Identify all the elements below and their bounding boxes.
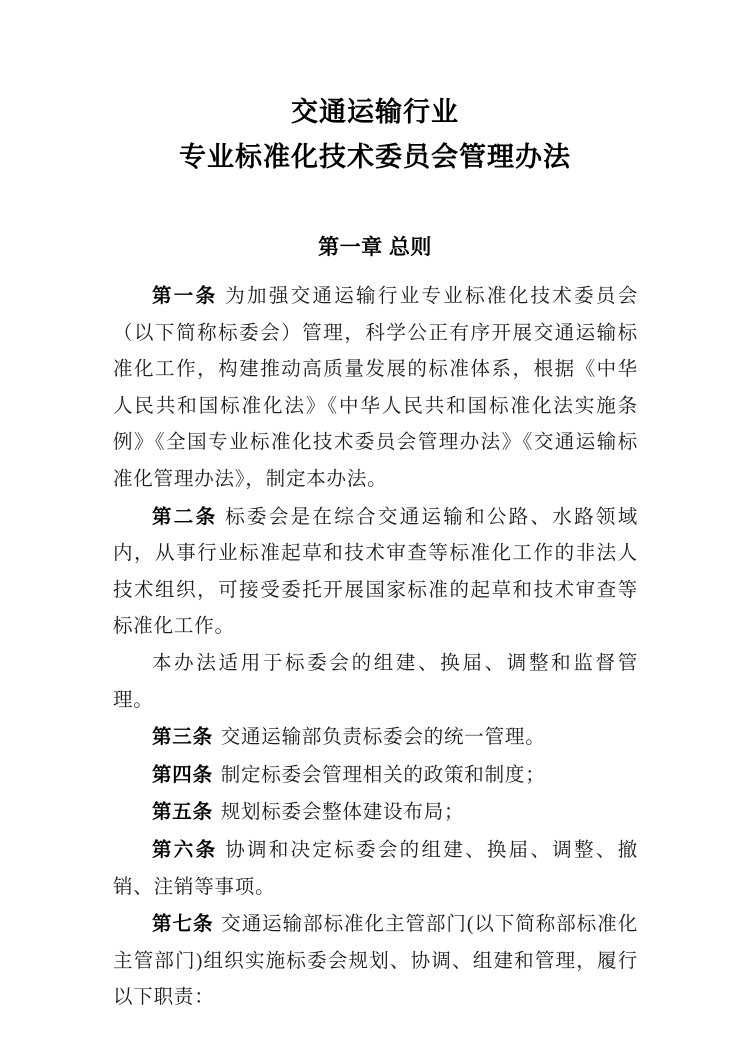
paragraph: 第四条制定标委会管理相关的政策和制度； [113, 757, 638, 795]
paragraph-text: 制定标委会管理相关的政策和制度； [221, 765, 546, 786]
paragraph: 本办法适用于标委会的组建、换届、调整和监督管理。 [113, 646, 638, 719]
document-page: 交通运输行业 专业标准化技术委员会管理办法 第一章 总则 第一条为加强交通运输行… [0, 0, 750, 1060]
article-label: 第四条 [152, 764, 213, 786]
paragraph: 第二条标委会是在综合交通运输和公路、水路领域内，从事行业标准起草和技术审查等标准… [113, 499, 638, 646]
document-title: 交通运输行业 专业标准化技术委员会管理办法 [0, 90, 750, 180]
article-label: 第六条 [152, 839, 217, 861]
article-label: 第二条 [152, 506, 217, 528]
paragraph: 第一条为加强交通运输行业专业标准化技术委员会（以下简称标委会）管理，科学公正有序… [113, 278, 638, 499]
article-label: 第七条 [152, 913, 213, 935]
paragraph-text: 交通运输部负责标委会的统一管理。 [221, 727, 546, 748]
paragraph: 第五条规划标委会整体建设布局； [113, 794, 638, 832]
article-label: 第三条 [152, 726, 213, 748]
paragraph-text: 本办法适用于标委会的组建、换届、调整和监督管理。 [113, 653, 638, 711]
article-label: 第一条 [152, 285, 217, 307]
chapter-heading: 第一章 总则 [0, 235, 750, 261]
article-label: 第五条 [152, 801, 213, 823]
document-title-line2: 专业标准化技术委员会管理办法 [0, 135, 750, 180]
document-title-line1: 交通运输行业 [0, 90, 750, 135]
paragraph-text: 规划标委会整体建设布局； [221, 802, 465, 823]
paragraph: 第七条交通运输部标准化主管部门(以下简称部标准化主管部门)组织实施标委会规划、协… [113, 906, 638, 1017]
paragraph-text: 为加强交通运输行业专业标准化技术委员会（以下简称标委会）管理，科学公正有序开展交… [113, 286, 638, 490]
document-body: 第一条为加强交通运输行业专业标准化技术委员会（以下简称标委会）管理，科学公正有序… [113, 278, 638, 1017]
paragraph: 第三条交通运输部负责标委会的统一管理。 [113, 719, 638, 757]
paragraph: 第六条协调和决定标委会的组建、换届、调整、撤销、注销等事项。 [113, 832, 638, 906]
